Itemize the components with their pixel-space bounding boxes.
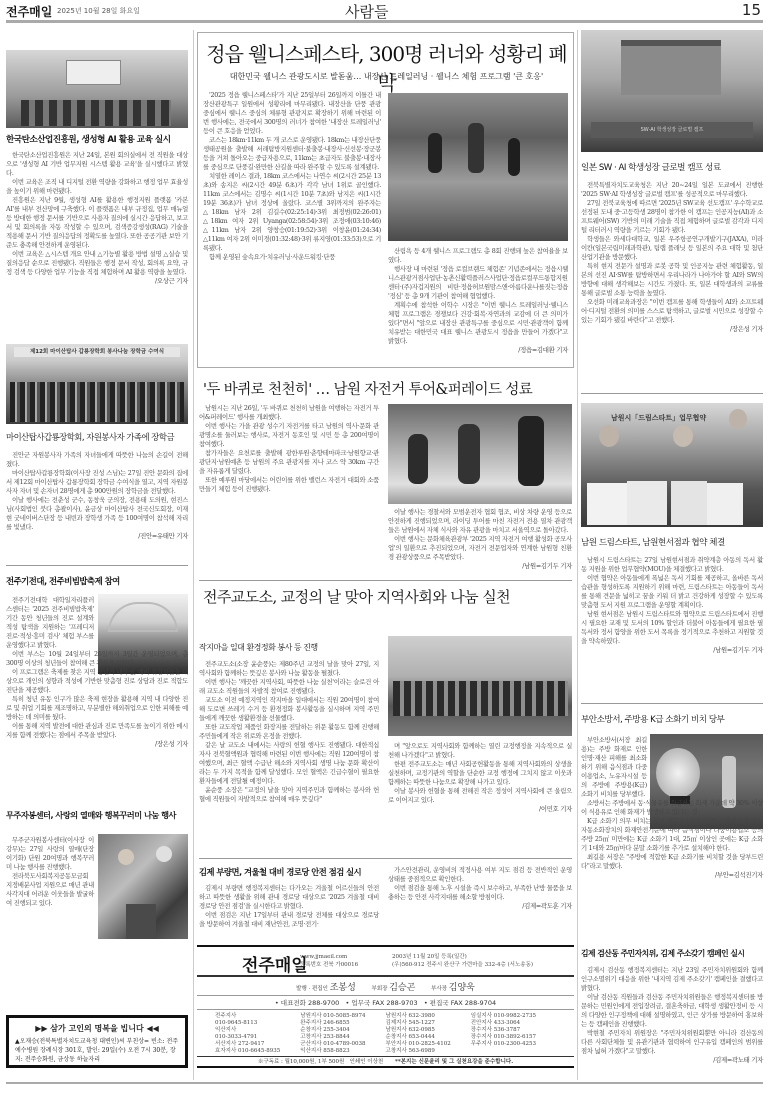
paragraph: 이를 통해 지역 발전에 대한 관심과 진로 만족도를 높이기 위한 메시지를 … xyxy=(6,722,188,740)
masthead: 전주매일 2025년 10월 28일 화요일 사람들 15 xyxy=(0,0,769,22)
wellness-runners-photo xyxy=(388,93,568,241)
paragraph: 이번 점검을 통해 노후 시설을 즉시 보수하고, 부족한 난방 물품을 보충하… xyxy=(388,884,572,902)
colophon-footer: ※구독료 : 월10,000원, 1부 500원 인쇄인 이상천 **본지는 신… xyxy=(197,1057,574,1065)
branch-row: 효자지사 010-6645-8935익산지사 858-8823고창지사 563-… xyxy=(197,1048,574,1055)
divider xyxy=(581,393,763,394)
ethics-statement: **본지는 신문윤리 및 그 실천요강을 준수합니다. xyxy=(395,1059,513,1065)
paragraph: 이날 행사에는 전춘성 군수, 동창욱 군의장, 전용태 도의원, 현진스님(사… xyxy=(6,496,188,532)
ai-training-photo xyxy=(6,50,188,128)
bottom-rule xyxy=(6,1082,763,1084)
ai-training-headline: 한국탄소산업진흥원, 생성형 AI 활용 교육 실시 xyxy=(6,133,192,145)
paragraph: 마이산탑사갑룡장학회(이사장 진성 스님)는 27일 진안 문화의 집에서 제1… xyxy=(6,469,188,496)
paragraph: 전북특별자치도교육청은 지난 20~24일 일본 도쿄에서 진행한 '2025 … xyxy=(581,181,763,199)
website-link[interactable]: www.jjmaeil.com xyxy=(300,953,358,961)
scholarship-headline: 마이산탑사갑룡장학회, 자원봉사자 가족에 장학금 xyxy=(6,431,192,443)
founded-date: 2003년 11월 20일 등록(일간) xyxy=(392,953,533,961)
scholarship-body: 진안군 자원봉사자 가족의 자녀들에게 따뜻한 나눔의 손길이 전해졌다. 마이… xyxy=(6,451,188,541)
paragraph: 이번 행사는 가을 관광 성수기 자전거를 타고 남원의 역사·문화 관광명소를… xyxy=(199,422,379,449)
colophon: 전주매일 www.jjmaeil.com 등록번호 전북 가00016 2003… xyxy=(197,945,574,1065)
paragraph: 또한 예루원 마당에서는 어린이를 위한 밸런스 자전거 대회와 소품 만들기 … xyxy=(199,476,379,494)
paragraph: 무주군자원봉사센터(이사장 이강무)는 27일 사랑의 열매(단장 이기화) 단… xyxy=(6,836,94,872)
paragraph: 이번 행사는 '깨끗한 지역사회, 따뜻한 나눔 실천'이라는 슬로건 아래 교… xyxy=(199,678,379,696)
colophon-logo: 전주매일 xyxy=(242,951,308,976)
bicycle-headline: '두 바퀴로 천천히' … 남원 자전거 투어&퍼레이드 성료 xyxy=(203,378,573,399)
prison-headline: 전주교도소, 교정의 날 맞아 지역사회와 나눔 실천 xyxy=(203,586,573,607)
paragraph: 특히 현지 전문가 설명과 로봇 공학 및 인공지능 관련 체험활동, 일본의 … xyxy=(581,262,763,298)
muju-body: 무주군자원봉사센터(이사장 이강무)는 27일 사랑의 열매(단장 이기화) 단… xyxy=(6,836,94,908)
paragraph: 가스안전관리, 운영비의 적정사용 여부 지도 점검 등 전반적인 운영 상태를… xyxy=(388,866,572,884)
obituary-body: ▲오재승(전북특별자치도교육청 대변인)씨 부친상= 빈소: 전주예수병원 장례… xyxy=(9,1034,185,1067)
japan-camp-photo: SW·AI 학생성장 글로벌 캠프 xyxy=(581,30,763,152)
divider xyxy=(6,565,188,566)
paragraph: 이날 검산동 직원들과 검산동 주민자치위원들은 행정복지센터를 방문하는 민원… xyxy=(581,993,763,1029)
column-divider xyxy=(193,30,194,1080)
byline: /장은성 기자 xyxy=(6,740,188,749)
muju-headline: 무주자봉센터, 사랑의 열매와 행복꾸러미 나눔 행사 xyxy=(6,810,192,821)
paragraph: 남원시 드림스타트는 27일 남원현서점과 취약계층 아동의 독서 활동 지원을… xyxy=(581,556,763,574)
paragraph: 이번 협약은 아동들에게 폭넓은 독서 기회를 제공하고, 올바른 독서 습관을… xyxy=(581,574,763,610)
paragraph: 참가자들은 요천로를 출발해 광한루원·춘향테마파크·남원향교·관광단지·남원예… xyxy=(199,449,379,476)
section-title: 사람들 xyxy=(345,1,388,22)
paragraph: 전라북도사회복지공동모금회 지정배분사업 지원으로 매년 관내 사각지대 어려운… xyxy=(6,872,94,908)
address: (우)560-912 전주시 완산구 가련마을 332-4층 (서노송동) xyxy=(392,961,533,969)
branch-directory: 전주지사남원지사 010-5085-8974남원지사 632-3980임실지사 … xyxy=(197,1013,574,1055)
photo-banner: 남원시「드림스타트」업무협약 xyxy=(611,413,741,425)
phone-line: • 대표전화 288-9700 • 업무국 FAX 288-9703 • 편집국… xyxy=(197,998,574,1007)
japan-camp-headline: 일본 SW · AI 학생성장 글로벌 캠프 성료 xyxy=(581,161,763,173)
paragraph: 계획수에 참석한 이학수 시장은 "이번 웰니스 트레일러닝·웰니스 체험 프로… xyxy=(388,301,568,346)
vice-chair-label: 부회장 xyxy=(372,986,388,992)
photo-banner: SW·AI 학생성장 글로벌 캠프 xyxy=(591,122,753,138)
paragraph: 남원 현서점은 남원시 드림스타트와 협약으로 드림스타트에서 진행 시 필요한… xyxy=(581,610,763,646)
paragraph: 이날 행사는 경찰서와 모범운전자 협회 협조, 비상 차량 운영 등으로 안전… xyxy=(388,508,572,535)
bibimbap-body: 전주기전대학 대학일자리플러스센터는 '2025 전주비빔밥축제' 기간 동안 … xyxy=(6,596,188,749)
paragraph: 부안소방서(서장 최길용)는 주방 화재로 인한 인명·재산 피해를 최소화하기… xyxy=(581,736,647,799)
byline: /김제=곽도훈 기자 xyxy=(388,902,572,911)
paragraph: 이번 교육은 조직 내 디지털 전환 역량을 강화하고 행정 업무 효율성을 높… xyxy=(6,178,188,196)
branch-row: 010-3033-4791고창지사 253-8844순창지사 653-0444장… xyxy=(197,1034,574,1041)
paragraph: 최길용 서장은 "주방에 적합한 K급 소화기를 비치할 것을 당부드린다"라고… xyxy=(581,853,763,871)
paragraph: K급 소화기 의무 비치는 지난 2017년 6월 12일 시행돼 소화기구·자… xyxy=(581,817,763,853)
paragraph: 이 프로그램은 축제를 찾은 지역 청년과 대학생, 예비 취업자들을 대상으로… xyxy=(6,668,188,695)
paragraph: 윤순풍 소장은 "교정의 날을 맞아 지역주민과 함께하는 봉사와 헌혈에 직원… xyxy=(199,786,379,804)
bicycle-body-left: 남원시는 지난 26일, '두 바퀴로 천천히 남원을 여행하는 자전거 투어&… xyxy=(199,404,379,494)
byline: /김제=곽노태 기자 xyxy=(581,1056,763,1065)
paragraph: 코스는 18km·11km 두 개 코스로 운영됐다. 18km는 내장산단풍생… xyxy=(203,136,381,172)
prison-body-left: 전주교도소(소장 윤순풍)는 제80주년 교정의 날을 맞아 27일, 지역사회… xyxy=(199,660,379,804)
dreamstart-body: 남원시 드림스타트는 27일 남원현서점과 취약계층 아동의 독서 활동 지원을… xyxy=(581,556,763,655)
branch-row: 익산지사순창지사 255-3404남원지사 632-0985장수지사 536-3… xyxy=(197,1027,574,1034)
paragraph: 며 "앞으로도 지역사회와 함께하는 열린 교정행정을 지속적으로 실천해 나가… xyxy=(388,742,572,760)
paragraph: 김제시 부량면 행정복지센터는 다가오는 겨울철 어르신들의 안전하고 따뜻한 … xyxy=(199,884,379,911)
ai-training-body: 한국탄소산업진흥원은 지난 24일, 본원 회의실에서 전 직원을 대상으로 '… xyxy=(6,151,188,286)
paragraph: 학생들은 와세다대학교, 일본 우주항공연구개발기구(JAXA), 미라이칸(일… xyxy=(581,235,763,262)
paragraph: 남원시는 지난 26일, '두 바퀴로 천천히 남원을 여행하는 자전거 투어&… xyxy=(199,404,379,422)
vice-president-label: 부사장 xyxy=(431,986,447,992)
paragraph: 산림욕 등 4개 웰니스 프로그램도 총 8회 진행돼 높은 참여율을 보였다. xyxy=(388,247,568,265)
paragraph: '2025 정읍 웰니스페스타'가 지난 25일부터 26일까지 이틀간 내장산… xyxy=(203,91,381,136)
byline: /부안=김석진기자 xyxy=(581,871,763,880)
divider xyxy=(199,580,572,581)
colophon-website: www.jjmaeil.com 등록번호 전북 가00016 xyxy=(300,953,358,969)
bicycle-body-right: 이날 행사는 경찰서와 모범운전자 협회 협조, 비상 차량 운영 등으로 안전… xyxy=(388,508,572,571)
staff-line: 발행 · 편집인 조봉성 부회장 김승곤 부사장 김양욱 xyxy=(197,980,574,993)
paragraph: 이번 교육은 △시스템 개요 안내 △기능별 활용 방법 설명 △실습 및 질의… xyxy=(6,250,188,277)
paragraph: 이번 부스는 10월 24일부터 26일까지 3일간 운영되었으며, 총 300… xyxy=(6,650,188,668)
registration-number: 등록번호 전북 가00016 xyxy=(300,961,358,969)
obituary-box: ▶▶ 삼가 고인의 명복을 빕니다 ◀◀ ▲오재승(전북특별자치도교육청 대변인… xyxy=(6,1015,188,1068)
byline: /진안=유태만 기자 xyxy=(6,532,188,541)
branch-row: 전주지사남원지사 010-5085-8974남원지사 632-3980임실지사 … xyxy=(197,1013,574,1020)
column-divider xyxy=(577,30,578,1080)
paragraph: 전주기전대학 대학일자리플러스센터는 '2025 전주비빔밥축제' 기간 동안 … xyxy=(6,596,94,650)
paragraph: 전주교도소(소장 윤순풍)는 제80주년 교정의 날을 맞아 27일, 지역사회… xyxy=(199,660,379,678)
gimje-safety-body-right: 가스안전관리, 운영비의 적정사용 여부 지도 점검 등 전반적인 운영 상태를… xyxy=(388,866,572,911)
divider xyxy=(199,858,572,859)
photo-banner: 제12회 마이산탑사 갑룡장학회 봉사나눔 장학금 수여식 xyxy=(14,347,180,357)
paragraph: 치열한 레이스 결과, 18km 코스에서는 나연수 씨(2시간 25분 13초… xyxy=(203,172,381,253)
prison-body-right: 며 "앞으로도 지역사회와 함께하는 열린 교정행정을 지속적으로 실천해 나가… xyxy=(388,742,572,814)
paragraph: 교도소 이전 예정지역인 작지마을 일대에서는 직원 20여명이 참여해 도로변… xyxy=(199,696,379,723)
page-number: 15 xyxy=(742,1,761,19)
paragraph: 이번 점검은 지난 17일부터 관내 경로당 전체를 대상으로 경로당을 방문하… xyxy=(199,911,379,929)
wellness-subhead: 대한민국 웰니스 관광도시로 발돋움… 내장산 트레일러닝 · 웰니스 체험 프… xyxy=(198,71,575,82)
vice-chair-name: 김승곤 xyxy=(389,983,415,993)
subscription-price: ※구독료 : 월10,000원, 1부 500원 인쇄인 이상천 xyxy=(258,1059,383,1065)
obituary-title: ▶▶ 삼가 고인의 명복을 빕니다 ◀◀ xyxy=(9,1023,185,1034)
gimje-campaign-body: 김제시 검산동 행정복지센터는 지난 23일 주민자치위원회와 함께 인구소멸위… xyxy=(581,966,763,1065)
paragraph: 소방서는 주방에서 동·식물유를 취급하는 화재 가운데 약 30% 이상이 식… xyxy=(581,799,763,817)
paragraph: 같은 날 교도소 내에서는 사랑의 헌혈 행사도 진행됐다. 대한적십자사 전북… xyxy=(199,741,379,786)
gimje-safety-body-left: 김제시 부량면 행정복지센터는 다가오는 겨울철 어르신들의 안전하고 따뜻한 … xyxy=(199,884,379,929)
paragraph: 27일 전북교육청에 따르면 '2025년 SW교육 선도캠프' 우수학교로 선… xyxy=(581,199,763,235)
scholarship-photo: 제12회 마이산탑사 갑룡장학회 봉사나눔 장학금 수여식 xyxy=(6,344,188,424)
paragraph: 행사장 내 마련된 '정읍 로컬브랜드 체험존' 기념존에서는 정읍시웰니스관광… xyxy=(388,265,568,301)
paragraph: 함께 운영된 숲속요가·치유러닝·사운드워킹·단풍 xyxy=(203,253,381,262)
paragraph: 박현철 주민자치 위원장은 "주민자치위원회뿐만 아니라 검산동의 다른 사회단… xyxy=(581,1029,763,1056)
branch-row: 010-9645-8113완주지사 246-6855김제지사 545-1227진… xyxy=(197,1020,574,1027)
muju-photo xyxy=(98,834,188,939)
paragraph: 김제시 검산동 행정복지센터는 지난 23일 주민자치위원회와 함께 인구소멸위… xyxy=(581,966,763,993)
paragraph: 진흥원은 지난 9월, 생성형 AI를 활용한 행정지원 플랫폼 '카본AI'를… xyxy=(6,196,188,250)
newspaper-logo: 전주매일 xyxy=(6,3,52,20)
paragraph: 오선화 미래교육과장은 "이번 캠프를 통해 학생들이 AI와 소프트웨어·디지… xyxy=(581,298,763,325)
paragraph: 이번 행사는 문화체육관광부 '2025 지역 자전거 여행 활성화 공모사업'… xyxy=(388,535,572,562)
divider xyxy=(581,703,763,704)
wellness-article-box: 정읍 웰니스페스타, 300명 러너와 성황리 폐막 대한민국 웰니스 관광도시… xyxy=(197,32,574,368)
paragraph: 진안군 자원봉사자 가족의 자녀들에게 따뜻한 나눔의 손길이 전해졌다. xyxy=(6,451,188,469)
japan-camp-body: 전북특별자치도교육청은 지난 20~24일 일본 도쿄에서 진행한 '2025 … xyxy=(581,181,763,334)
publisher-name: 조봉성 xyxy=(330,983,356,993)
bicycle-riders-photo xyxy=(388,404,572,504)
buan-fire-body: 부안소방서(서장 최길용)는 주방 화재로 인한 인명·재산 피해를 최소화하기… xyxy=(581,736,763,880)
gimje-safety-headline: 김제 부량면, 겨울철 대비 경로당 안전 점검 실시 xyxy=(199,866,381,878)
wellness-body-right: 산림욕 등 4개 웰니스 프로그램도 총 8회 진행돼 높은 참여율을 보였다.… xyxy=(388,247,568,355)
buan-fire-headline: 부안소방서, 주방용 K급 소화기 비치 당부 xyxy=(581,713,763,725)
byline: /정읍=김대환 기자 xyxy=(388,346,568,355)
wellness-headline: 정읍 웰니스페스타, 300명 러너와 성황리 폐막 xyxy=(198,38,575,96)
paragraph: 특히 청년 유동 인구가 많은 축제 현장을 활용해 지역 내 다양한 진로 및… xyxy=(6,695,188,722)
colophon-address: 2003년 11월 20일 등록(일간) (우)560-912 전주시 완산구 … xyxy=(392,953,533,969)
issue-date: 2025년 10월 28일 화요일 xyxy=(57,6,140,16)
paragraph: 또한 교도작업 제품인 화장지를 전달하는 위문 활동도 함께 진행해 주민들에… xyxy=(199,723,379,741)
paragraph: 한편 전주교도소는 매년 사회공헌활동을 통해 지역사회와의 상생을 실천하며,… xyxy=(388,760,572,787)
bibimbap-headline: 전주기전대, 전주비빔밥축제 참여 xyxy=(6,575,192,587)
prison-subhead: 작지마을 일대 환경정화 봉사 등 진행 xyxy=(199,642,379,653)
dreamstart-photo: 남원시「드림스타트」업무협약 xyxy=(581,403,763,527)
byline: /남원=김기두 기자 xyxy=(581,646,763,655)
publisher-label: 발행 · 편집인 xyxy=(296,986,328,992)
paragraph: 이날 봉사와 헌혈을 통해 전해진 작은 정성이 지역사회에 큰 울림으로 이어… xyxy=(388,787,572,805)
dreamstart-headline: 남원 드림스타트, 남원현서점과 협약 체결 xyxy=(581,536,763,548)
paragraph: 한국탄소산업진흥원은 지난 24일, 본원 회의실에서 전 직원을 대상으로 '… xyxy=(6,151,188,178)
byline: /이민호 기자 xyxy=(388,805,572,814)
prison-volunteers-photo xyxy=(388,636,572,736)
gimje-campaign-headline: 김제 검산동 주민자치위, 김제 주소갖기 캠페인 실시 xyxy=(581,948,767,959)
byline: /남원=김기두 기자 xyxy=(388,562,572,571)
branch-row: 서산지사 272-9417군산지사 010-4789-0038부안지사 010-… xyxy=(197,1041,574,1048)
byline: /오상근 기자 xyxy=(6,277,188,286)
wellness-body-left: '2025 정읍 웰니스페스타'가 지난 25일부터 26일까지 이틀간 내장산… xyxy=(203,91,381,262)
byline: /장은성 기자 xyxy=(581,325,763,334)
masthead-rule xyxy=(6,20,763,23)
vice-president-name: 김양욱 xyxy=(449,983,475,993)
